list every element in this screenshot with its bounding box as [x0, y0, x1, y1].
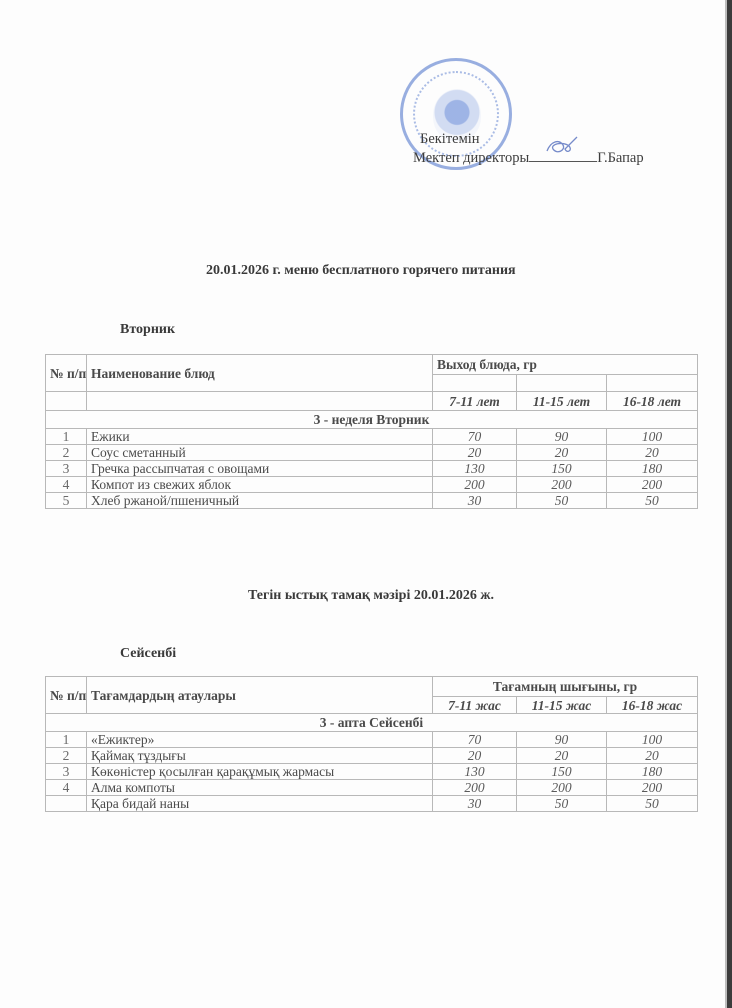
- age-header-row: 7-11 лет 11-15 лет 16-18 лет: [46, 392, 698, 411]
- dish-name: Қаймақ тұздығы: [87, 748, 433, 764]
- empty-cell: [607, 375, 698, 392]
- week-row: 3 - неделя Вторник: [46, 411, 698, 429]
- portion-grams: 200: [607, 780, 698, 796]
- portion-grams: 180: [607, 461, 698, 477]
- age-header: 11-15 лет: [517, 392, 607, 411]
- portion-grams: 20: [607, 445, 698, 461]
- dish-name: Қара бидай наны: [87, 796, 433, 812]
- table-row: 2Қаймақ тұздығы202020: [46, 748, 698, 764]
- scan-edge: [727, 0, 732, 1008]
- table-row: 1«Ежиктер»7090100: [46, 732, 698, 748]
- portion-grams: 200: [433, 780, 517, 796]
- portion-grams: 70: [433, 732, 517, 748]
- age-header: 16-18 жас: [607, 697, 698, 714]
- week-label: 3 - апта Сейсенбі: [46, 714, 698, 732]
- empty-cell: [433, 375, 517, 392]
- portion-grams: 130: [433, 764, 517, 780]
- empty-cell: [87, 392, 433, 411]
- dish-name: Ежики: [87, 429, 433, 445]
- dish-name: Гречка рассыпчатая с овощами: [87, 461, 433, 477]
- day-label-kz: Сейсенбі: [120, 646, 176, 662]
- empty-cell: [517, 375, 607, 392]
- age-header: 16-18 лет: [607, 392, 698, 411]
- empty-cell: [46, 392, 87, 411]
- num-header: № п/п: [46, 677, 87, 714]
- row-number: 5: [46, 493, 87, 509]
- row-number: 2: [46, 748, 87, 764]
- portion-grams: 100: [607, 732, 698, 748]
- row-number: 4: [46, 477, 87, 493]
- portion-grams: 200: [517, 780, 607, 796]
- portion-grams: 200: [517, 477, 607, 493]
- row-number: 2: [46, 445, 87, 461]
- table-row: Қара бидай наны305050: [46, 796, 698, 812]
- row-number: [46, 796, 87, 812]
- row-number: 3: [46, 764, 87, 780]
- dish-name: Хлеб ржаной/пшеничный: [87, 493, 433, 509]
- menu-title-ru: 20.01.2026 г. меню бесплатного горячего …: [206, 263, 516, 279]
- row-number: 1: [46, 732, 87, 748]
- portion-grams: 20: [433, 445, 517, 461]
- approval-title: Бекітемін: [420, 131, 480, 148]
- dish-name: Алма компоты: [87, 780, 433, 796]
- menu-title-kz: Тегін ыстық тамақ мәзірі 20.01.2026 ж.: [248, 588, 494, 604]
- portion-grams: 130: [433, 461, 517, 477]
- table-row: 5Хлеб ржаной/пшеничный305050: [46, 493, 698, 509]
- portion-grams: 180: [607, 764, 698, 780]
- portion-grams: 50: [607, 796, 698, 812]
- table-row: 1Ежики7090100: [46, 429, 698, 445]
- table-header-row: № п/п Наименование блюд Выход блюда, гр: [46, 355, 698, 375]
- name-header: Тағамдардың атаулары: [87, 677, 433, 714]
- portion-grams: 20: [433, 748, 517, 764]
- menu-table-kz: № п/п Тағамдардың атаулары Тағамның шығы…: [45, 676, 698, 812]
- age-header: 7-11 лет: [433, 392, 517, 411]
- menu-table-ru: № п/п Наименование блюд Выход блюда, гр …: [45, 354, 698, 509]
- portion-grams: 150: [517, 764, 607, 780]
- dish-name: «Ежиктер»: [87, 732, 433, 748]
- yield-header: Выход блюда, гр: [433, 355, 698, 375]
- approval-signature-line: Мектеп директорыГ.Бапар: [413, 149, 644, 167]
- row-number: 3: [46, 461, 87, 477]
- yield-header: Тағамның шығыны, гр: [433, 677, 698, 697]
- signature-blank: [529, 149, 597, 162]
- portion-grams: 150: [517, 461, 607, 477]
- portion-grams: 20: [517, 748, 607, 764]
- portion-grams: 20: [517, 445, 607, 461]
- name-header: Наименование блюд: [87, 355, 433, 392]
- portion-grams: 200: [433, 477, 517, 493]
- portion-grams: 30: [433, 796, 517, 812]
- portion-grams: 200: [607, 477, 698, 493]
- age-header: 11-15 жас: [517, 697, 607, 714]
- dish-name: Компот из свежих яблок: [87, 477, 433, 493]
- dish-name: Көкөністер қосылған қарақұмық жармасы: [87, 764, 433, 780]
- table-row: 2Соус сметанный202020: [46, 445, 698, 461]
- portion-grams: 50: [517, 493, 607, 509]
- age-header: 7-11 жас: [433, 697, 517, 714]
- portion-grams: 20: [607, 748, 698, 764]
- director-position: Мектеп директоры: [413, 150, 529, 166]
- portion-grams: 50: [517, 796, 607, 812]
- portion-grams: 90: [517, 732, 607, 748]
- table-row: 3Көкөністер қосылған қарақұмық жармасы13…: [46, 764, 698, 780]
- row-number: 4: [46, 780, 87, 796]
- director-name: Г.Бапар: [597, 150, 643, 166]
- num-header: № п/п: [46, 355, 87, 392]
- portion-grams: 90: [517, 429, 607, 445]
- portion-grams: 30: [433, 493, 517, 509]
- table-row: 4Алма компоты200200200: [46, 780, 698, 796]
- day-label-ru: Вторник: [120, 322, 175, 338]
- table-row: 4Компот из свежих яблок200200200: [46, 477, 698, 493]
- signature-icon: [543, 135, 583, 157]
- week-row: 3 - апта Сейсенбі: [46, 714, 698, 732]
- portion-grams: 100: [607, 429, 698, 445]
- row-number: 1: [46, 429, 87, 445]
- table-row: 3Гречка рассыпчатая с овощами130150180: [46, 461, 698, 477]
- week-label: 3 - неделя Вторник: [46, 411, 698, 429]
- portion-grams: 50: [607, 493, 698, 509]
- table-header-row: № п/п Тағамдардың атаулары Тағамның шығы…: [46, 677, 698, 697]
- portion-grams: 70: [433, 429, 517, 445]
- dish-name: Соус сметанный: [87, 445, 433, 461]
